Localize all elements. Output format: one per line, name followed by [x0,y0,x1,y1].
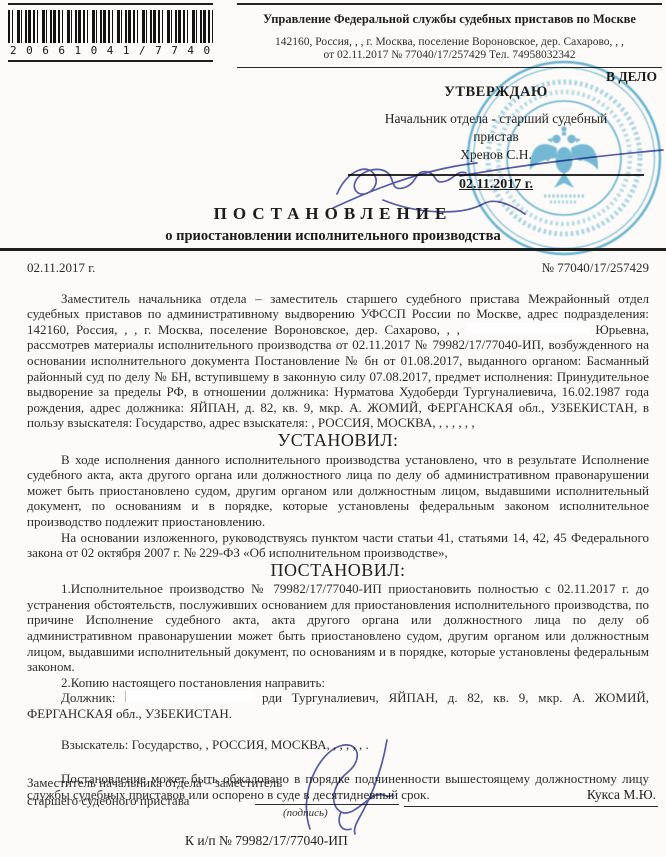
divider [0,248,666,251]
document-date: 02.11.2017 г. [27,260,95,276]
paragraph-resolution-item1: 1.Исполнительное производство № 79982/17… [27,581,649,675]
meta-row: 02.11.2017 г. № 77040/17/257429 [27,260,649,276]
paragraph-legal-basis: На основании изложенного, руководствуясь… [27,530,649,561]
organization-address: 142160, Россия, , , г. Москва, поселение… [237,36,662,48]
organization-name: Управление Федеральной службы судебных п… [237,12,662,27]
barcode-digits: 20661041/7740 [10,44,213,57]
document-title: ПОСТАНОВЛЕНИЕ [0,204,666,224]
signer-name: Кукса М.Ю. [587,787,656,803]
barcode-icon [8,10,213,43]
heading-ustanovil: УСТАНОВИЛ: [27,433,649,449]
debtor-address: рди Тургуналиевич, ЯЙПАН, д. 82, кв. 9, … [27,690,649,721]
paragraph-debtor: Должник: рди Тургуналиевич, ЯЙПАН, д. 82… [27,690,649,721]
redaction-box [125,691,252,702]
paragraph-resolution-item2: 2.Копию настоящего постановления направи… [27,675,649,691]
divider [8,60,213,62]
divider [237,3,662,5]
heading-postanovil: ПОСТАНОВИЛ: [27,563,649,579]
redaction-box [467,323,589,334]
barcode-block: 20661041/7740 [8,3,213,62]
debtor-label: Должник: [61,690,116,705]
preamble-text-continued: Юрьевна, рассмотрев материалы исполнител… [27,322,649,431]
divider [8,3,213,5]
document-title-block: ПОСТАНОВЛЕНИЕ о приостановлении исполнит… [0,204,666,245]
paragraph-findings: В ходе исполнения данного исполнительног… [27,452,649,530]
signer-signature-icon [288,733,438,835]
scanned-document-page: 20661041/7740 Управление Федеральной слу… [0,0,666,857]
document-subtitle: о приостановлении исполнительного произв… [0,228,666,245]
paragraph-preamble: Заместитель начальника отдела – заместит… [27,291,649,431]
document-body: 02.11.2017 г. № 77040/17/257429 Заместит… [27,260,649,802]
signature-line [404,806,658,807]
document-number: № 77040/17/257429 [542,260,649,276]
case-reference: К и/п № 79982/17/77040-ИП [185,833,348,849]
